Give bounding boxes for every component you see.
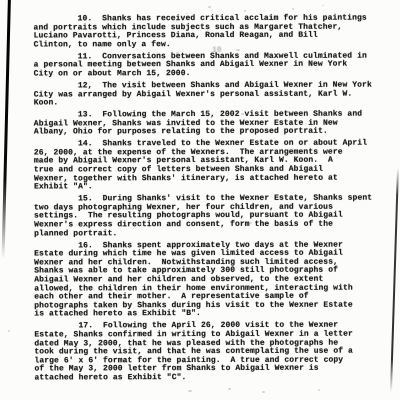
paragraph-10: 10. Shanks has received critical acclaim… <box>34 15 378 50</box>
page-edge-right-line <box>390 168 399 392</box>
scan-speck <box>228 388 231 390</box>
scan-speck <box>318 389 320 391</box>
scan-speck <box>208 6 211 8</box>
scan-speck <box>206 112 208 114</box>
paragraph-16: 16. Shanks spent approximately two days … <box>34 241 378 319</box>
paragraph-12: 12, The visit between Shanks and Abigail… <box>34 81 378 108</box>
scanned-document-page: 10. Shanks has received critical acclaim… <box>0 0 400 400</box>
paragraph-14: 14. Shanks traveled to the Wexner Estate… <box>34 140 378 192</box>
paragraph-11: 11. Conversations between Shanks and Max… <box>34 52 378 79</box>
paragraph-13: 13. Following the March 15, 2002 visit b… <box>34 111 378 138</box>
page-edge-left-line <box>2 0 11 259</box>
document-body: 10. Shanks has received critical acclaim… <box>34 15 379 387</box>
scan-speck <box>8 330 10 332</box>
scan-speck <box>188 390 192 392</box>
paragraph-17: 17. Following the April 26, 2000 visit t… <box>34 322 378 383</box>
scan-speck <box>292 8 294 10</box>
scan-speck <box>244 10 246 12</box>
scan-speck <box>196 153 198 155</box>
scan-artifact-faint-number: 10 <box>212 46 222 55</box>
scan-speck <box>174 114 177 116</box>
scan-speck <box>186 13 188 14</box>
scan-speck <box>236 49 240 51</box>
scan-speck <box>262 391 265 393</box>
scan-speck <box>241 113 244 115</box>
paragraph-15: 15. During Shanks' visit to the Wexner E… <box>34 195 378 239</box>
scan-speck <box>176 52 179 54</box>
scan-speck <box>322 5 324 6</box>
scan-speck <box>250 222 252 224</box>
